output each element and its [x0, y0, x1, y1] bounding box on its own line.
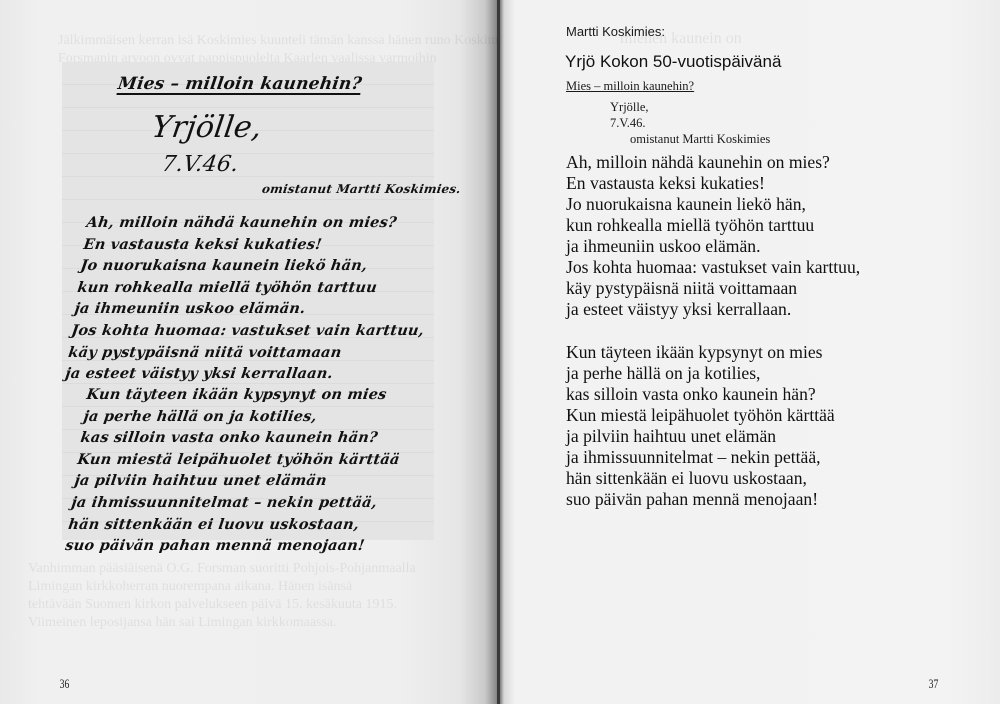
author-name: Martti Koskimies:: [566, 24, 665, 39]
page-number-left: 36: [60, 676, 70, 692]
poem-line: Kun miestä leipähuolet työhön kärttää: [566, 405, 835, 426]
manuscript-stanza-1: Ah, milloin nähdä kaunehin on mies? En v…: [64, 212, 441, 385]
manuscript-line: Kun täyteen ikään kypsynyt on mies: [85, 384, 410, 406]
poem-line: Ah, milloin nähdä kaunehin on mies?: [566, 152, 860, 173]
manuscript-line: kun rohkealla miellä työhön tarttuu: [76, 277, 432, 299]
bleed-through-text: tehtävään Suomen kirkon palvelukseen päi…: [28, 596, 397, 614]
page-number-right: 37: [929, 676, 939, 692]
poem-line: En vastausta keksi kukaties!: [566, 173, 860, 194]
poem-heading: Yrjö Kokon 50-vuotispäivänä: [565, 52, 781, 72]
manuscript-stanza-2: Kun täyteen ikään kypsynyt on mies ja pe…: [64, 384, 410, 557]
book-spread: Jälkimmäisen kerran isä Koskimies kuunte…: [0, 0, 1000, 704]
dedication-author: omistanut Martti Koskimies: [630, 132, 770, 147]
manuscript-line: käy pystypäisnä niitä voittamaan: [67, 342, 423, 364]
manuscript-line: Jo nuorukaisna kaunein liekö hän,: [79, 255, 435, 277]
manuscript-signature: omistanut Martti Koskimies.: [261, 182, 462, 196]
poem-line: ja esteet väistyy yksi kerrallaan.: [566, 299, 860, 320]
poem-line: Jos kohta huomaa: vastukset vain karttuu…: [566, 257, 860, 278]
manuscript-line: ja perhe hällä on ja kotilies,: [82, 406, 407, 428]
manuscript-line: En vastausta keksi kukaties!: [82, 234, 438, 256]
bleed-through-text: Viimeinen leposijansa hän sai Limingan k…: [28, 614, 337, 632]
poem-stanza-2: Kun täyteen ikään kypsynyt on mies ja pe…: [566, 342, 835, 510]
book-gutter: [497, 0, 500, 704]
manuscript-line: hän sittenkään ei luovu uskostaan,: [67, 514, 392, 536]
poem-line: kun rohkealla miellä työhön tarttuu: [566, 215, 860, 236]
manuscript-line: kas silloin vasta onko kaunein hän?: [79, 427, 404, 449]
poem-line: käy pystypäisnä niitä voittamaan: [566, 278, 860, 299]
dedication-recipient: Yrjölle,: [610, 100, 649, 115]
manuscript-line: Kun miestä leipähuolet työhön kärttää: [76, 449, 401, 471]
poem-line: ja pilviin haihtuu unet elämän: [566, 426, 835, 447]
manuscript-dedication: Yrjölle,: [150, 112, 264, 144]
bleed-through-text: Jälkimmäisen kerran isä Koskimies kuunte…: [58, 32, 526, 50]
poem-line: suo päivän pahan mennä menojaan!: [566, 489, 835, 510]
poem-line: ja perhe hällä on ja kotilies,: [566, 363, 835, 384]
poem-stanza-1: Ah, milloin nähdä kaunehin on mies? En v…: [566, 152, 860, 320]
manuscript-line: Jos kohta huomaa: vastukset vain karttuu…: [70, 320, 426, 342]
poem-subtitle: Mies – milloin kaunehin?: [566, 79, 694, 94]
manuscript-line: ja pilviin haihtuu unet elämän: [73, 470, 398, 492]
poem-line: hän sittenkään ei luovu uskostaan,: [566, 468, 835, 489]
poem-line: kas silloin vasta onko kaunein hän?: [566, 384, 835, 405]
poem-line: Jo nuorukaisna kaunein liekö hän,: [566, 194, 860, 215]
manuscript-title: Mies – milloin kaunehin?: [117, 74, 364, 94]
bleed-through-text: Limingan kirkkoherran nuorempana aikana.…: [28, 578, 352, 596]
left-page: Jälkimmäisen kerran isä Koskimies kuunte…: [0, 0, 500, 704]
poem-line: ja ihmeuniin uskoo elämän.: [566, 236, 860, 257]
manuscript-line: ja ihmissuunnitelmat – nekin pettää,: [70, 492, 395, 514]
manuscript-line: suo päivän pahan mennä menojaan!: [64, 535, 389, 557]
bleed-through-text: Vanhimman pääsiäisenä O.G. Forsman suori…: [28, 560, 416, 578]
manuscript-line: Ah, milloin nähdä kaunehin on mies?: [85, 212, 441, 234]
manuscript-date: 7.V.46.: [160, 152, 240, 177]
poem-line: Kun täyteen ikään kypsynyt on mies: [566, 342, 835, 363]
poem-line: ja ihmissuunnitelmat – nekin pettää,: [566, 447, 835, 468]
dedication-date: 7.V.46.: [610, 116, 646, 131]
handwritten-manuscript-facsimile: Mies – milloin kaunehin? Yrjölle, 7.V.46…: [62, 62, 434, 540]
manuscript-line: ja ihmeuniin uskoo elämän.: [73, 298, 429, 320]
manuscript-line: ja esteet väistyy yksi kerrallaan.: [64, 363, 420, 385]
